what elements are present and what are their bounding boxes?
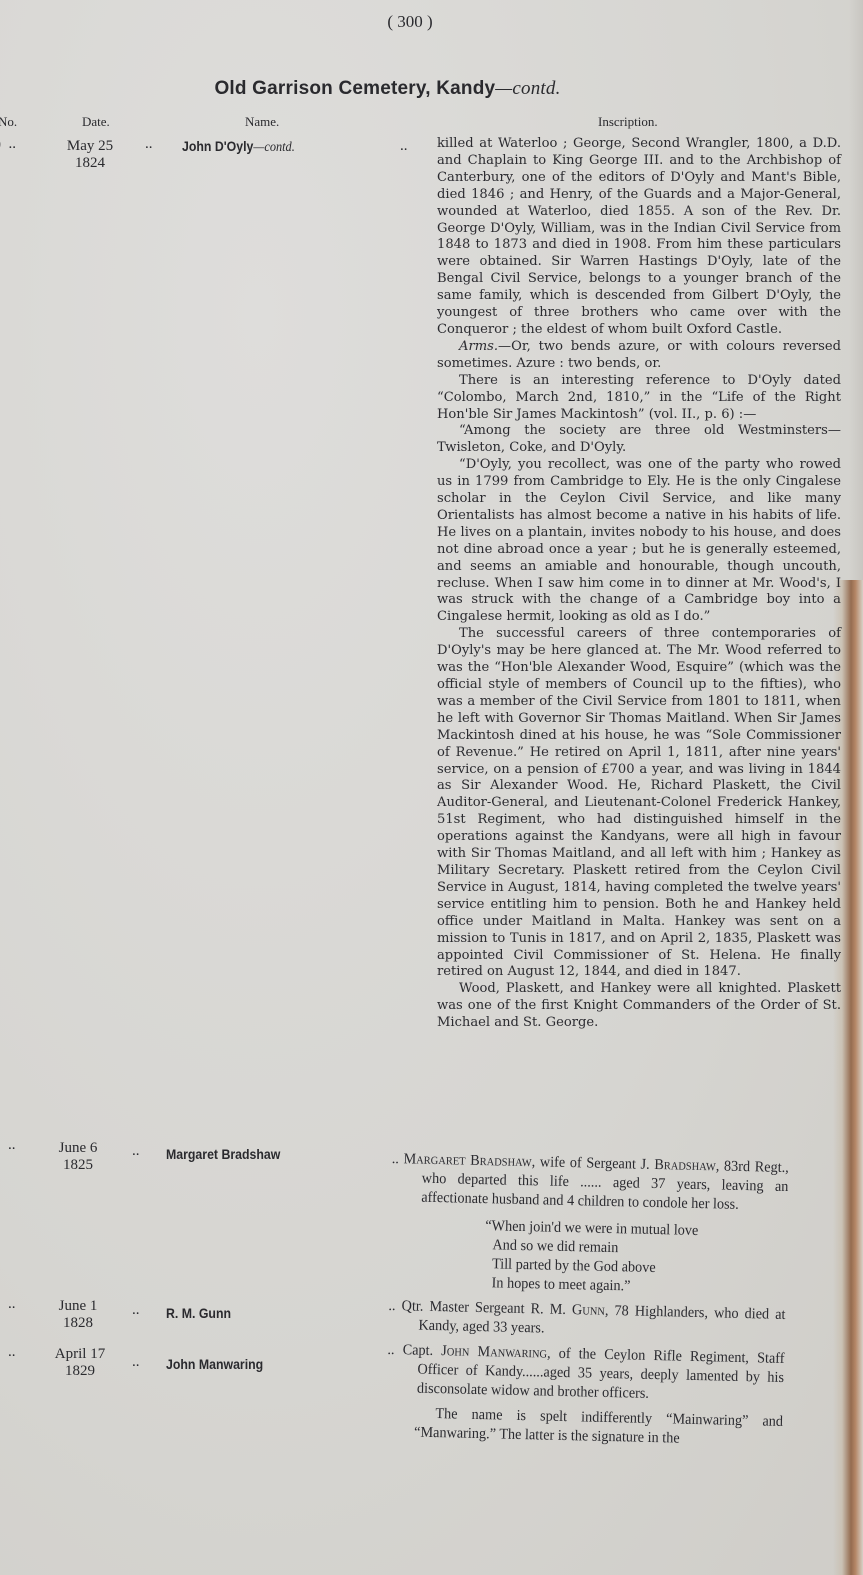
column-header-no: No. (0, 114, 17, 130)
page-number: ( 300 ) (0, 12, 820, 32)
column-header-name: Name. (245, 114, 279, 130)
entry-date: April 17 1829 (45, 1346, 115, 1380)
inscription-manwaring: .. Capt. John Manwaring, of the Ceylon R… (386, 1341, 784, 1407)
column-header-date: Date. (82, 114, 110, 130)
lower-inscriptions: .. Margaret Bradshaw, wife of Sergeant J… (385, 1150, 789, 1451)
inscription-paragraph: The successful careers of three contempo… (437, 626, 841, 981)
heading-title: Old Garrison Cemetery, Kandy (214, 78, 495, 99)
entry-name: R. M. Gunn (166, 1305, 231, 1321)
inscription-paragraph: “Among the society are three old Westmin… (437, 423, 841, 457)
inscription-paragraph-arms: Arms.—Or, two bends azure, or with colou… (437, 339, 841, 373)
leader-dots: .. (8, 1296, 16, 1313)
heading-suffix: —contd. (495, 78, 560, 99)
entry-number: ) .. (0, 136, 16, 153)
leader-dots: .. (8, 1344, 16, 1361)
inscription-bradshaw: .. Margaret Bradshaw, wife of Sergeant J… (391, 1150, 789, 1216)
inscription-paragraph: Wood, Plaskett, and Hankey were all knig… (437, 981, 841, 1032)
inscription-gunn: .. Qtr. Master Sergeant R. M. Gunn, 78 H… (388, 1297, 786, 1344)
entry-date: May 25 1824 (55, 138, 125, 172)
inscription-paragraph: killed at Waterloo ; George, Second Wran… (437, 136, 841, 339)
entry-name: John D'Oyly—contd. (182, 138, 295, 156)
leader-dots: .. (8, 1137, 16, 1154)
leader-dots: .. (145, 136, 153, 153)
entry-date: June 1 1828 (43, 1298, 113, 1332)
leader-dots: .. (132, 1143, 140, 1160)
column-header-inscription: Inscription. (598, 114, 658, 130)
page-heading: Old Garrison Cemetery, Kandy—contd. (0, 78, 775, 100)
page-edge-shadow (849, 0, 863, 600)
entry-name: John Manwaring (166, 1356, 263, 1372)
entry-date: June 6 1825 (43, 1140, 113, 1174)
entry-name: Margaret Bradshaw (166, 1146, 280, 1162)
leader-dots: .. (132, 1302, 140, 1319)
leader-dots: .. (132, 1354, 140, 1371)
inscription-paragraph: There is an interesting reference to D'O… (437, 373, 841, 424)
inscription-note: The name is spelt indifferently “Mainwar… (385, 1404, 783, 1451)
leader-dots: .. (400, 138, 408, 155)
book-page: ( 300 ) Old Garrison Cemetery, Kandy—con… (0, 0, 863, 1575)
entry-inscription: killed at Waterloo ; George, Second Wran… (437, 136, 841, 1032)
inscription-paragraph: “D'Oyly, you recollect, was one of the p… (437, 457, 841, 626)
epitaph-verse: “When join'd we were in mutual love And … (389, 1215, 788, 1300)
